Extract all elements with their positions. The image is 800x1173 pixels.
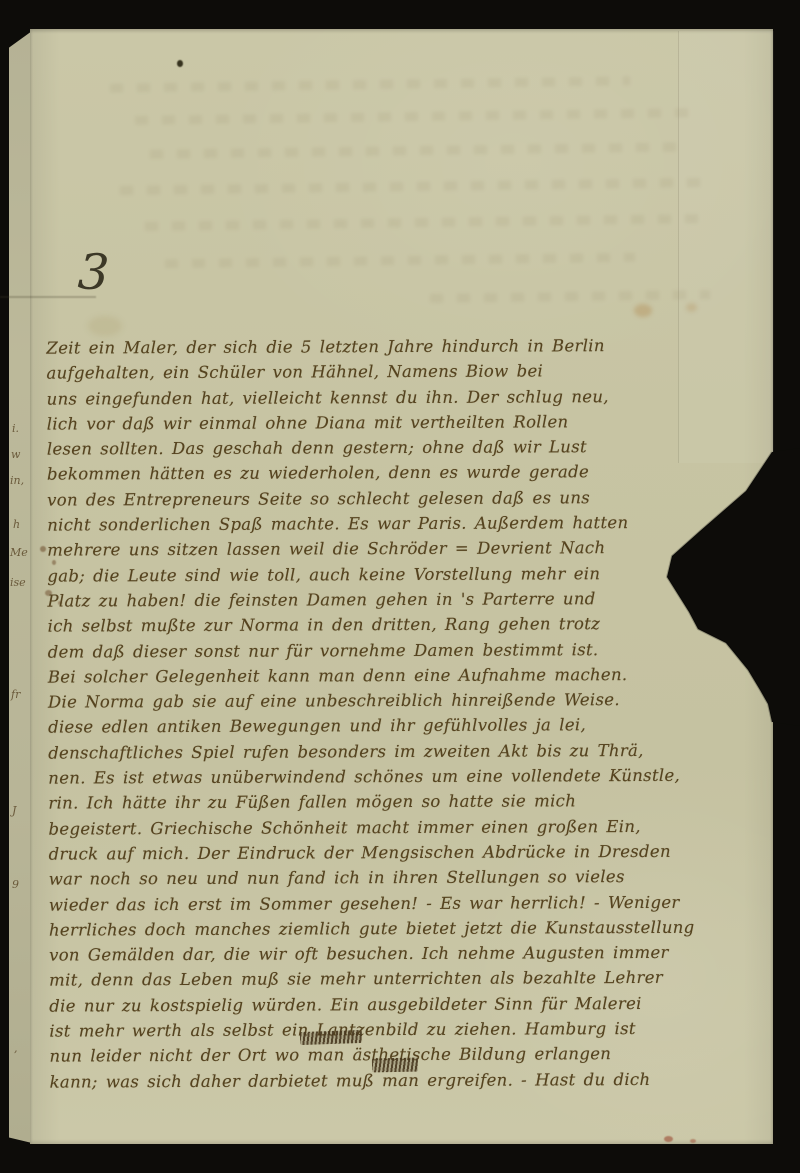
ink-scribble-strikethrough (300, 1030, 362, 1045)
letter-line: uns eingefunden hat, vielleicht kennst d… (47, 383, 767, 411)
letter-line: mit, denn das Leben muß sie mehr unterri… (49, 965, 769, 993)
ink-scribble-strikethrough (372, 1058, 418, 1073)
letter-line: war noch so neu und nun fand ich in ihre… (49, 864, 769, 892)
letter-line: ich selbst mußte zur Norma in den dritte… (48, 611, 768, 639)
letter-line: denschaftliches Spiel rufen besonders im… (48, 737, 768, 765)
letter-line: von des Entrepreneurs Seite so schlecht … (47, 484, 767, 512)
letter-line: gab; die Leute sind wie toll, auch keine… (47, 560, 767, 588)
letter-line: Die Norma gab sie auf eine unbeschreibli… (48, 687, 768, 715)
letter-line: mehrere uns sitzen lassen weil die Schrö… (47, 535, 767, 563)
letter-line: ist mehr werth als selbst ein Lantzenbil… (49, 1015, 769, 1043)
letter-line: dem daß dieser sonst nur für vornehme Da… (48, 636, 768, 664)
letter-line: von Gemälden dar, die wir oft besuchen. … (49, 940, 769, 968)
letter-line: diese edlen antiken Bewegungen und ihr g… (48, 712, 768, 740)
letter-text: Zeit ein Maler, der sich die 5 letzten J… (46, 332, 769, 1094)
letter-line: Bei solcher Gelegenheit kann man denn ei… (48, 661, 768, 689)
verso-text-fragment: w (11, 450, 20, 460)
rust-stain (634, 304, 652, 317)
letter-line: Platz zu haben! die feinsten Damen gehen… (47, 585, 767, 613)
verso-text-fragment: 9 (12, 880, 19, 890)
letter-line: wieder das ich erst im Sommer gesehen! -… (49, 889, 769, 917)
scanned-letter-page: i. w in, h Me ise fr J 9 , 3 Zeit ein Ma… (0, 0, 800, 1173)
letter-line: nicht sonderlichen Spaß machte. Es war P… (47, 510, 767, 538)
brown-speck (40, 546, 46, 552)
letter-line: nen. Es ist etwas unüberwindend schönes … (48, 762, 768, 790)
letter-line: begeistert. Griechische Schönheit macht … (48, 813, 768, 841)
ink-speck (177, 60, 183, 67)
verso-text-fragment: h (13, 520, 20, 530)
verso-text-fragment: , (14, 1044, 18, 1054)
letter-line: rin. Ich hätte ihr zu Füßen fallen mögen… (48, 788, 768, 816)
letter-line: herrliches doch manches ziemlich gute bi… (49, 914, 769, 942)
verso-text-fragment: ise (10, 578, 26, 588)
red-speck (690, 1139, 696, 1143)
letter-line: bekommen hätten es zu wiederholen, denn … (47, 459, 767, 487)
letter-line: Zeit ein Maler, der sich die 5 letzten J… (46, 332, 766, 360)
verso-text-fragment: in, (10, 476, 24, 486)
verso-text-fragment: i. (12, 424, 19, 434)
letter-line: die nur zu kostspielig würden. Ein ausge… (49, 990, 769, 1018)
verso-text-fragment: J (12, 806, 16, 816)
page-number: 3 (77, 247, 111, 298)
letter-line: lesen sollten. Das geschah denn gestern;… (47, 434, 767, 462)
verso-text-fragment: Me (10, 548, 28, 558)
letter-line: lich vor daß wir einmal ohne Diana mit v… (47, 408, 767, 436)
rust-stain (686, 303, 697, 312)
red-speck (664, 1136, 673, 1142)
verso-text-fragment: fr (11, 690, 20, 700)
letter-line: druck auf mich. Der Eindruck der Mengsis… (49, 838, 769, 866)
foxing-stain (88, 316, 122, 336)
letter-line: aufgehalten, ein Schüler von Hähnel, Nam… (46, 358, 766, 386)
